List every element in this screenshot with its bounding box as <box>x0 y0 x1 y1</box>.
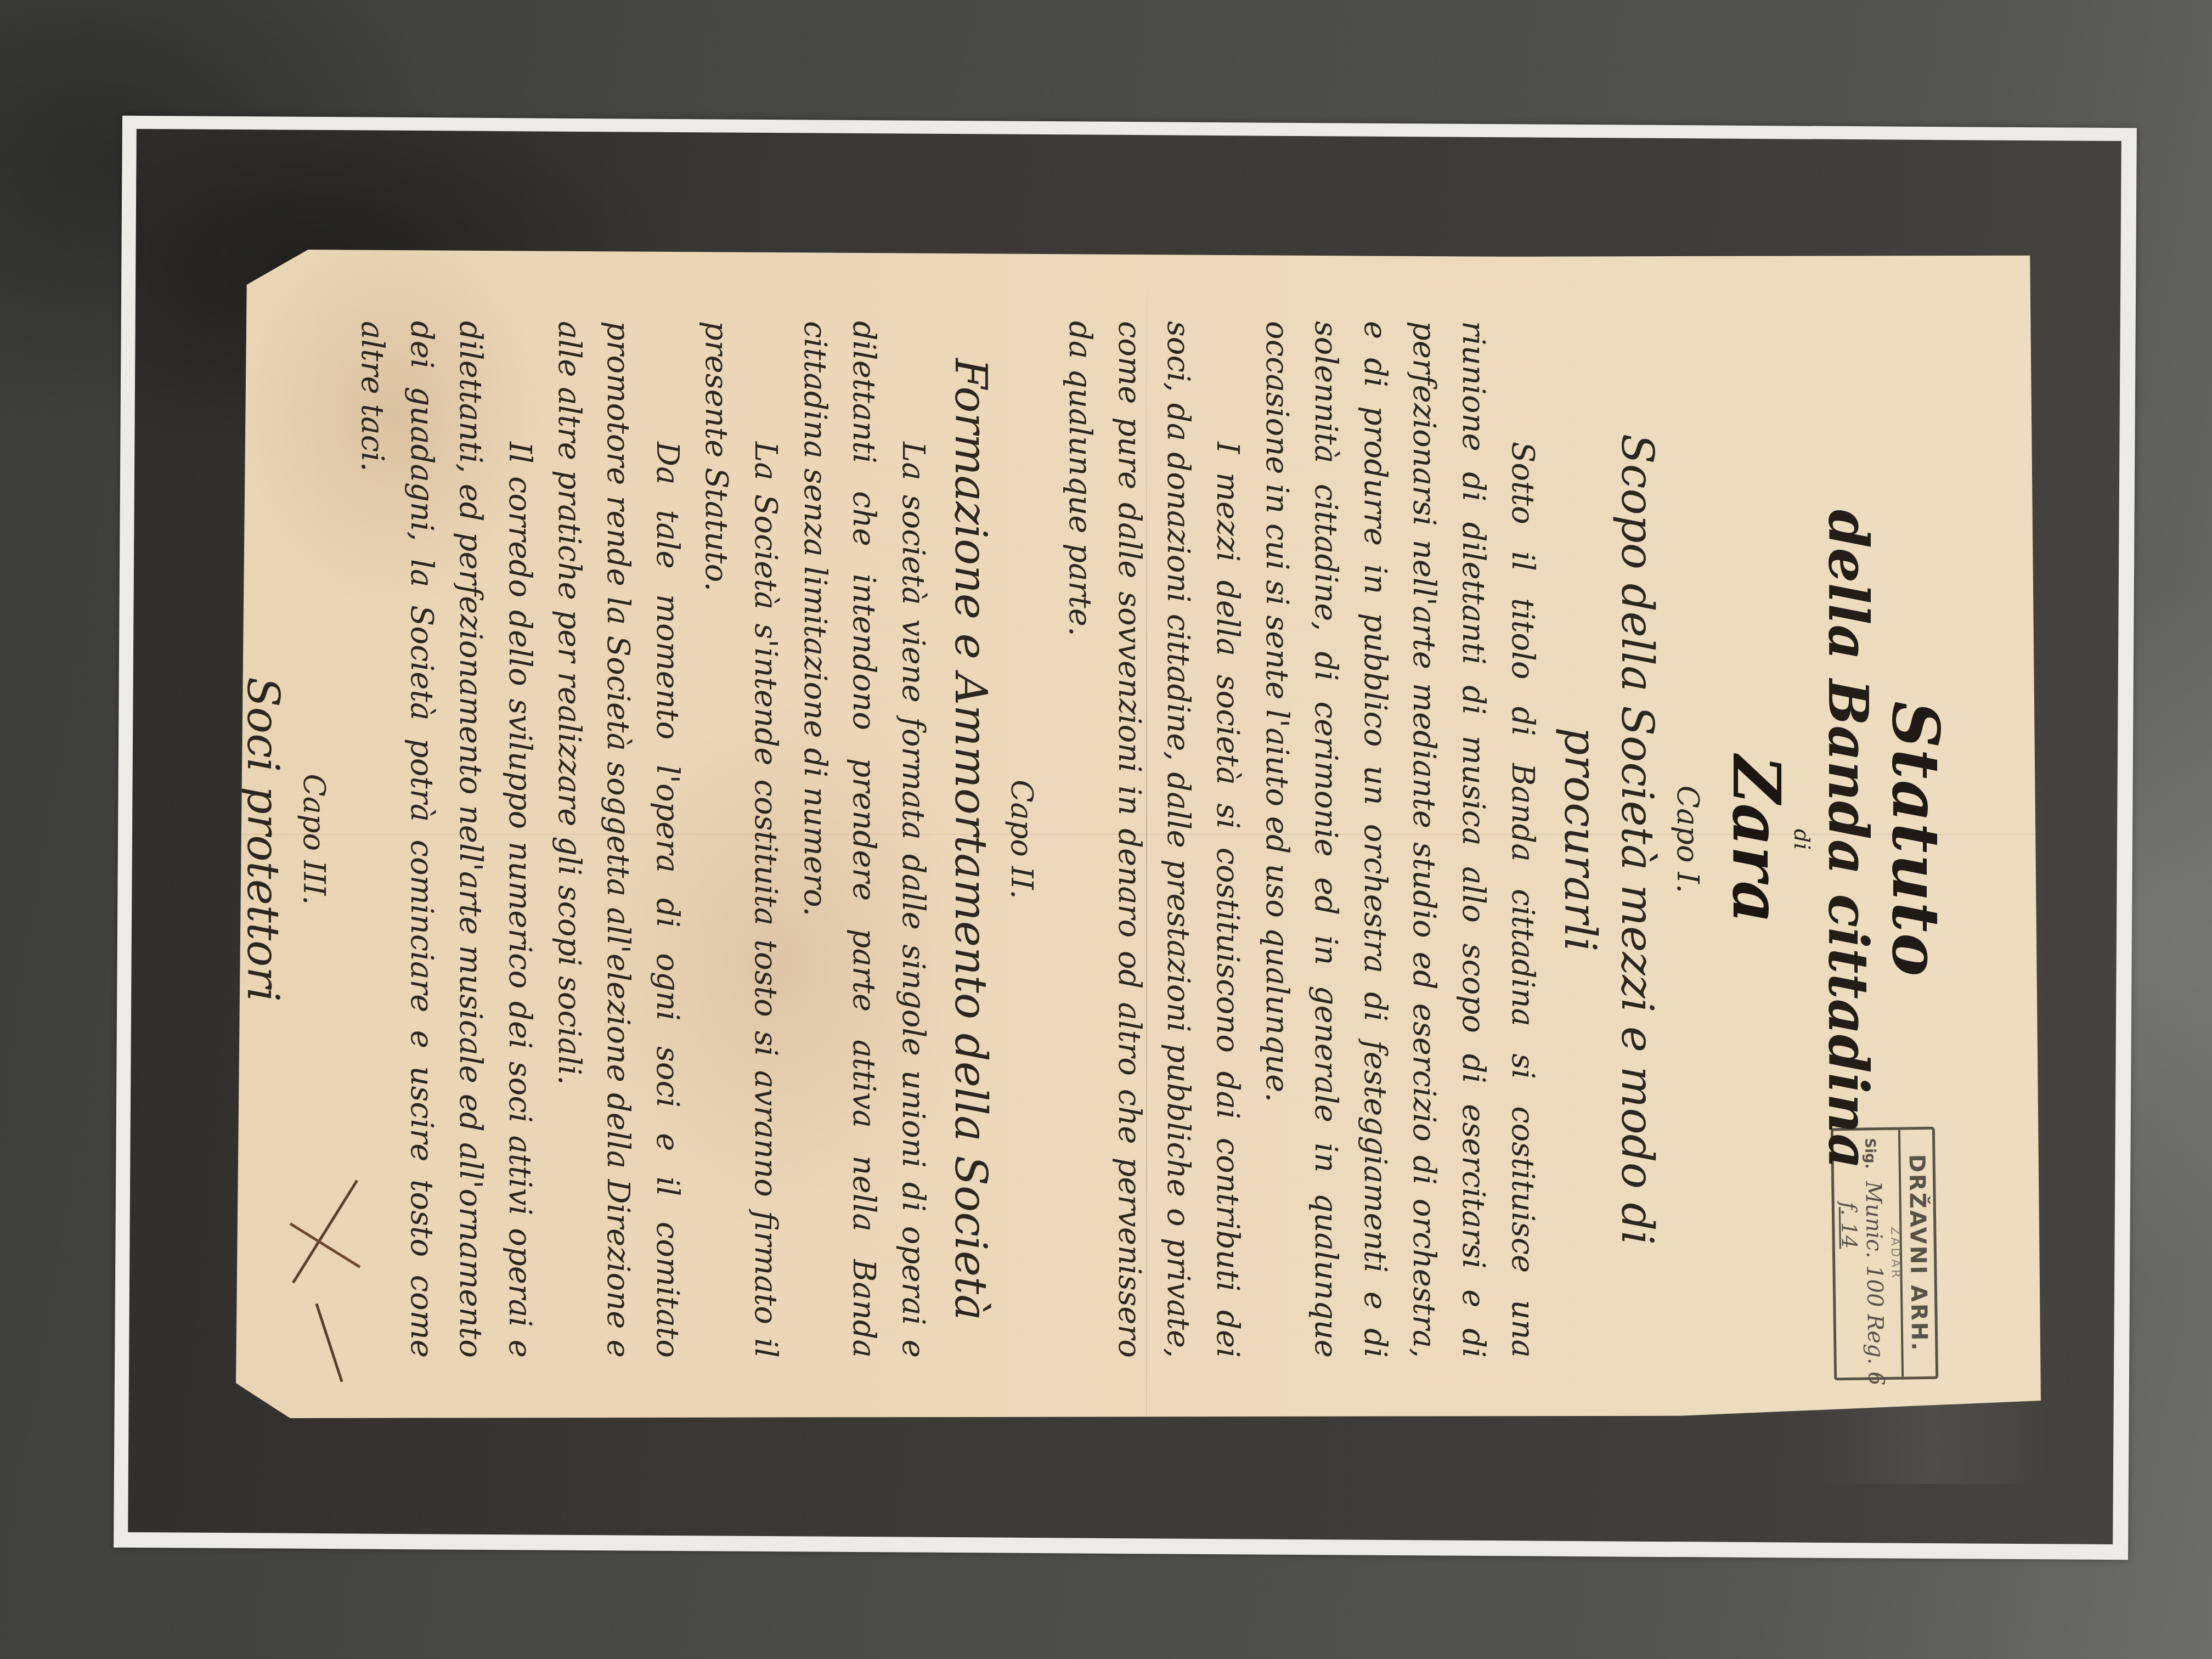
chapter-heading: Scopo della Società mezzi e modo di proc… <box>1551 321 1666 1358</box>
document-title: Statuto <box>1878 321 1953 1358</box>
chapter-2: Capo II. Formazione e Ammortamento della… <box>348 321 1039 1358</box>
chapter-heading: Formazione e Ammortamento della Società <box>942 321 999 1358</box>
chapter-number: Capo II. <box>1003 321 1039 1358</box>
chapter-paragraph: La Società s'intende costituita tosto si… <box>692 321 790 1358</box>
document-sheet-wrapper: DRŽAVNI ARH. ZADAR Sig. Munic. 100 Reg. … <box>236 250 2041 1418</box>
chapter-number: Capo I. <box>1670 321 1706 1358</box>
document-sheet: DRŽAVNI ARH. ZADAR Sig. Munic. 100 Reg. … <box>236 250 2041 1418</box>
chapter-paragraph: Sotto il titolo di Banda cittadina si co… <box>1252 321 1547 1358</box>
document-title-city: Zara <box>1722 321 1791 1358</box>
chapter-paragraph: I mezzi della società si costituiscono d… <box>1056 321 1252 1358</box>
document-subtitle: della Banda cittadina <box>1818 321 1878 1358</box>
chapter-1: Capo I. Scopo della Società mezzi e modo… <box>1056 321 1706 1358</box>
margin-x-mark-icon <box>263 1171 384 1292</box>
chapter-paragraph: La società viene formata dalle singole u… <box>790 321 938 1358</box>
chapter-paragraph: Da tale momento l'opera di ogni soci e i… <box>544 321 692 1358</box>
